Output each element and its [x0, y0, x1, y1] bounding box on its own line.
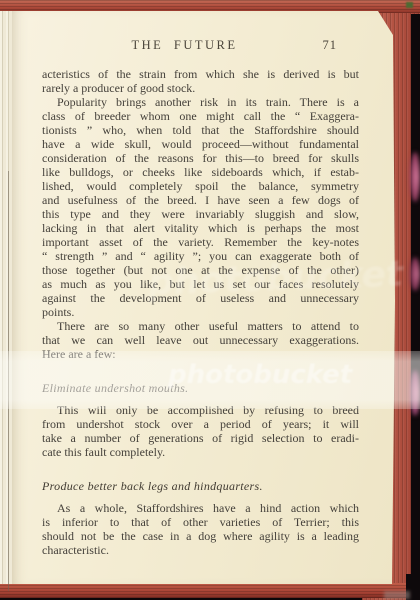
- paragraph: acteristics of the strain from which she…: [42, 67, 359, 95]
- book-page: THE FUTURE 71 acteristics of the strain …: [12, 11, 395, 584]
- text-line: important asset of the variety. Remember…: [42, 235, 359, 249]
- text-line: acteristics of the strain from which she…: [42, 67, 359, 81]
- background-blur-blob: [410, 152, 420, 202]
- section-heading: Eliminate undershot mouths.: [42, 381, 359, 395]
- paragraph: There are so many other useful matters t…: [42, 319, 359, 361]
- background-blur-blob: [410, 257, 420, 291]
- text-line: consideration of the reasons for this—to…: [42, 151, 359, 165]
- page-crease: [8, 171, 9, 591]
- text-line: tionists ” who, when told that the Staff…: [42, 123, 359, 137]
- paragraph: This will only be accomplished by refusi…: [42, 403, 359, 459]
- background-blur-blob: [410, 370, 420, 416]
- text-line: that we can well leave out unnecessary e…: [42, 333, 359, 347]
- text-blocks: acteristics of the strain from which she…: [42, 67, 359, 557]
- text-line: take a number of generations of rigid se…: [42, 431, 359, 445]
- corner-speck: [406, 2, 413, 8]
- page-stack-edges: [0, 11, 14, 584]
- text-line: As a whole, Staffordshires have a hind a…: [42, 501, 359, 515]
- text-line: is inferior to that of other varieties o…: [42, 515, 359, 529]
- text-line: Here are a few:: [42, 347, 359, 361]
- text-line: like bulldogs, or cheeks like sideboards…: [42, 165, 359, 179]
- text-line: have a wide skull, would proceed—without…: [42, 137, 359, 151]
- text-line: those together (but not one at the expen…: [42, 263, 359, 277]
- text-line: Popularity brings another risk in its tr…: [42, 95, 359, 109]
- book-photo: THE FUTURE 71 acteristics of the strain …: [0, 0, 420, 600]
- book-cover-bottom-edge: [0, 583, 420, 598]
- text-line: This will only be accomplished by refusi…: [42, 403, 359, 417]
- page-header: THE FUTURE 71: [42, 38, 359, 53]
- text-line: points.: [42, 305, 359, 319]
- text-line: should not be the case in a dog where ag…: [42, 529, 359, 543]
- text-line: from undershot stock over a period of ye…: [42, 417, 359, 431]
- text-line: and usefulness of the breed. I have seen…: [42, 193, 359, 207]
- text-line: Produce better back legs and hindquarter…: [42, 479, 359, 493]
- page-number: 71: [323, 38, 338, 53]
- background-strip: [411, 14, 420, 576]
- text-line: as much as you like, but let us set our …: [42, 277, 359, 291]
- text-line: this type and they were invariably slugg…: [42, 207, 359, 221]
- text-line: against the development of useless and u…: [42, 291, 359, 305]
- text-line: rarely a producer of good stock.: [42, 81, 359, 95]
- text-line: Eliminate undershot mouths.: [42, 381, 359, 395]
- text-line: characteristic.: [42, 543, 359, 557]
- text-line: lacking in that alert vitality which is …: [42, 221, 359, 235]
- section-heading: Produce better back legs and hindquarter…: [42, 479, 359, 493]
- paragraph: Popularity brings another risk in its tr…: [42, 95, 359, 319]
- text-line: cate this fault completely.: [42, 445, 359, 459]
- bottom-right-highlight: [384, 591, 410, 599]
- text-line: “ strength ” and “ agility ”; you can ex…: [42, 249, 359, 263]
- text-line: There are so many other useful matters t…: [42, 319, 359, 333]
- paragraph: As a whole, Staffordshires have a hind a…: [42, 501, 359, 557]
- running-title: THE FUTURE: [26, 38, 343, 53]
- text-line: class of breeder whom one might call the…: [42, 109, 359, 123]
- text-line: lished, would completely spoil the balan…: [42, 179, 359, 193]
